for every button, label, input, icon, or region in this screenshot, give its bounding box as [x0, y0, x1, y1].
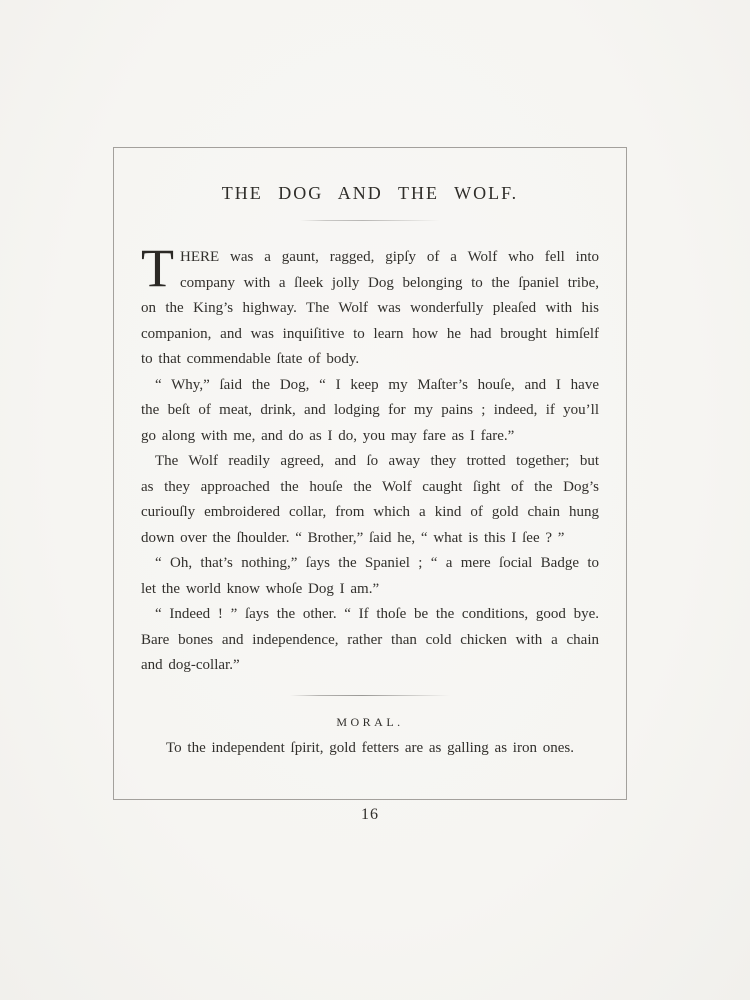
drop-cap-letter: T: [141, 245, 180, 296]
paragraph: THERE was a gaunt, ragged, gipſy of a Wo…: [141, 245, 599, 373]
paragraph: “ Indeed ! ” ſays the other. “ If thoſe …: [141, 602, 599, 679]
moral-heading: MORAL.: [141, 715, 599, 730]
paragraph: “ Why,” ſaid the Dog, “ I keep my Maſter…: [141, 373, 599, 450]
title-divider-rule: [300, 220, 440, 221]
page-border-frame: THE DOG AND THE WOLF. THERE was a gaunt,…: [113, 147, 627, 800]
text-line: “ Oh, that’s nothing,” ſays the Spaniel …: [141, 551, 599, 577]
text-line: as they approached the houſe the Wolf ca…: [141, 475, 599, 501]
text-line: HERE was a gaunt, ragged, gipſy of a Wol…: [141, 245, 599, 271]
text-line: let the world know whoſe Dog I am.”: [141, 577, 599, 603]
text-line: go along with me, and do as I do, you ma…: [141, 424, 599, 450]
page-number: 16: [113, 806, 627, 824]
text-line: curiouſly embroidered collar, from which…: [141, 500, 599, 526]
text-line: The Wolf readily agreed, and ſo away the…: [141, 449, 599, 475]
text-line: to that commendable ſtate of body.: [141, 347, 599, 373]
text-line: the beſt of meat, drink, and lodging for…: [141, 398, 599, 424]
text-line: Bare bones and independence, rather than…: [141, 628, 599, 654]
text-line: “ Why,” ſaid the Dog, “ I keep my Maſter…: [141, 373, 599, 399]
text-line: and dog-collar.”: [141, 653, 599, 679]
text-line: on the King’s highway. The Wolf was wond…: [141, 296, 599, 322]
paragraph: The Wolf readily agreed, and ſo away the…: [141, 449, 599, 551]
text-line: company with a ſleek jolly Dog belonging…: [141, 271, 599, 297]
text-line: down over the ſhoulder. “ Brother,” ſaid…: [141, 526, 599, 552]
text-line: companion, and was inquiſitive to learn …: [141, 322, 599, 348]
moral-divider-rule: [290, 695, 450, 696]
story-title: THE DOG AND THE WOLF.: [141, 182, 599, 204]
text-line: “ Indeed ! ” ſays the other. “ If thoſe …: [141, 602, 599, 628]
moral-text: To the independent ſpirit, gold fetters …: [141, 740, 599, 757]
paragraph: “ Oh, that’s nothing,” ſays the Spaniel …: [141, 551, 599, 602]
story-paragraphs: THERE was a gaunt, ragged, gipſy of a Wo…: [141, 245, 599, 679]
